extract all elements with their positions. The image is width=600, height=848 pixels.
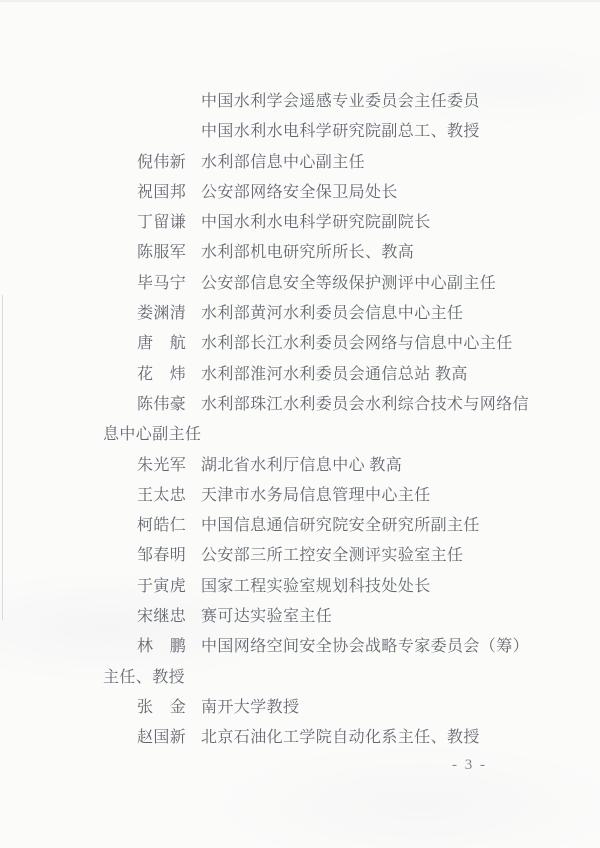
doc-line: 中国水利学会遥感专业委员会主任委员 bbox=[0, 87, 600, 117]
doc-line: 朱光军湖北省水利厅信息中心 教高 bbox=[0, 451, 600, 481]
member-title: 水利部淮河水利委员会通信总站 教高 bbox=[201, 360, 468, 390]
member-name: 陈伟豪 bbox=[137, 390, 187, 420]
doc-line: 主任、教授 bbox=[0, 663, 600, 693]
member-name: 毕马宁 bbox=[137, 269, 187, 299]
member-title: 中国信息通信研究院安全研究所副主任 bbox=[201, 511, 480, 541]
member-name: 张 金 bbox=[137, 693, 187, 723]
doc-line: 陈服军水利部机电研究所所长、教高 bbox=[0, 238, 600, 268]
doc-line: 息中心副主任 bbox=[0, 420, 600, 450]
member-name: 娄渊清 bbox=[137, 299, 187, 329]
doc-line: 毕马宁公安部信息安全等级保护测评中心副主任 bbox=[0, 269, 600, 299]
member-name: 赵国新 bbox=[137, 723, 187, 753]
member-title: 北京石油化工学院自动化系主任、教授 bbox=[201, 723, 480, 753]
doc-line: 娄渊清水利部黄河水利委员会信息中心主任 bbox=[0, 299, 600, 329]
member-title: 水利部信息中心副主任 bbox=[201, 148, 365, 178]
member-title: 公安部信息安全等级保护测评中心副主任 bbox=[201, 269, 496, 299]
member-name: 倪伟新 bbox=[137, 148, 187, 178]
doc-line: 邹春明公安部三所工控安全测评实验室主任 bbox=[0, 541, 600, 571]
member-title: 湖北省水利厅信息中心 教高 bbox=[201, 451, 402, 481]
doc-line: 花 炜水利部淮河水利委员会通信总站 教高 bbox=[0, 360, 600, 390]
member-title: 中国水利水电科学研究院副院长 bbox=[201, 208, 431, 238]
doc-line: 张 金南开大学教授 bbox=[0, 693, 600, 723]
doc-line: 王太忠天津市水务局信息管理中心主任 bbox=[0, 481, 600, 511]
member-title-continuation: 息中心副主任 bbox=[103, 426, 201, 443]
doc-line: 中国水利水电科学研究院副总工、教授 bbox=[0, 117, 600, 147]
member-name: 唐 航 bbox=[137, 329, 187, 359]
doc-line: 祝国邦公安部网络安全保卫局处长 bbox=[0, 178, 600, 208]
document-page: 中国水利学会遥感专业委员会主任委员中国水利水电科学研究院副总工、教授倪伟新水利部… bbox=[0, 0, 600, 848]
member-title: 水利部珠江水利委员会水利综合技术与网络信 bbox=[201, 390, 529, 420]
member-title: 南开大学教授 bbox=[201, 693, 299, 723]
member-title: 公安部三所工控安全测评实验室主任 bbox=[201, 541, 463, 571]
member-title: 中国水利学会遥感专业委员会主任委员 bbox=[201, 93, 480, 110]
member-list: 中国水利学会遥感专业委员会主任委员中国水利水电科学研究院副总工、教授倪伟新水利部… bbox=[0, 87, 600, 754]
member-name: 花 炜 bbox=[137, 360, 187, 390]
member-title: 天津市水务局信息管理中心主任 bbox=[201, 481, 431, 511]
member-title: 中国网络空间安全协会战略专家委员会（筹） bbox=[201, 632, 529, 662]
doc-line: 倪伟新水利部信息中心副主任 bbox=[0, 148, 600, 178]
member-name: 邹春明 bbox=[137, 541, 187, 571]
member-title: 水利部机电研究所所长、教高 bbox=[201, 238, 414, 268]
member-name: 陈服军 bbox=[137, 238, 187, 268]
doc-line: 于寅虎国家工程实验室规划科技处处长 bbox=[0, 572, 600, 602]
member-title-continuation: 主任、教授 bbox=[103, 669, 185, 686]
doc-line: 赵国新北京石油化工学院自动化系主任、教授 bbox=[0, 723, 600, 753]
doc-line: 唐 航水利部长江水利委员会网络与信息中心主任 bbox=[0, 329, 600, 359]
member-name: 王太忠 bbox=[137, 481, 187, 511]
page-number: - 3 - bbox=[452, 757, 487, 774]
member-title: 水利部长江水利委员会网络与信息中心主任 bbox=[201, 329, 513, 359]
member-name: 丁留谦 bbox=[137, 208, 187, 238]
member-name: 祝国邦 bbox=[137, 178, 187, 208]
member-title: 公安部网络安全保卫局处长 bbox=[201, 178, 398, 208]
scan-top-edge-artifact bbox=[0, 0, 600, 2]
member-name: 宋继忠 bbox=[137, 602, 187, 632]
doc-line: 宋继忠赛可达实验室主任 bbox=[0, 602, 600, 632]
member-title: 赛可达实验室主任 bbox=[201, 602, 332, 632]
doc-line: 丁留谦中国水利水电科学研究院副院长 bbox=[0, 208, 600, 238]
member-name: 于寅虎 bbox=[137, 572, 187, 602]
member-name: 林 鹏 bbox=[137, 632, 187, 662]
member-title: 中国水利水电科学研究院副总工、教授 bbox=[201, 123, 480, 140]
doc-line: 柯皓仁中国信息通信研究院安全研究所副主任 bbox=[0, 511, 600, 541]
member-name: 柯皓仁 bbox=[137, 511, 187, 541]
member-name: 朱光军 bbox=[137, 451, 187, 481]
doc-line: 林 鹏中国网络空间安全协会战略专家委员会（筹） bbox=[0, 632, 600, 662]
member-title: 水利部黄河水利委员会信息中心主任 bbox=[201, 299, 463, 329]
member-title: 国家工程实验室规划科技处处长 bbox=[201, 572, 431, 602]
doc-line: 陈伟豪水利部珠江水利委员会水利综合技术与网络信 bbox=[0, 390, 600, 420]
